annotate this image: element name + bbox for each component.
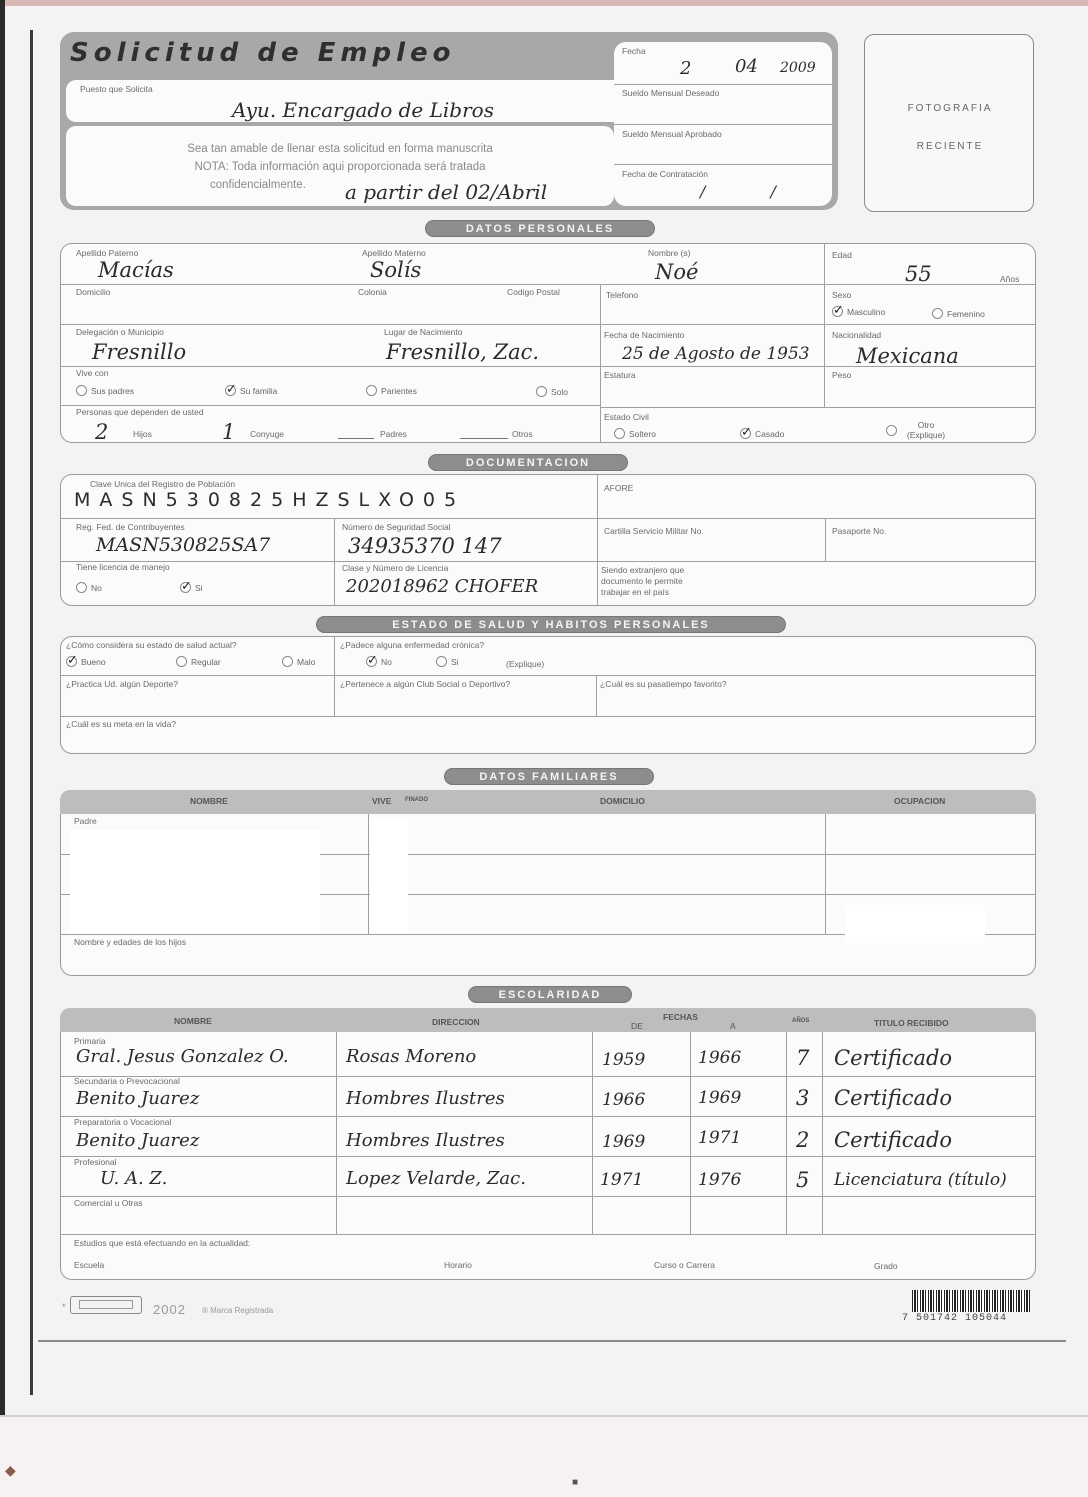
hijos-nombres-label: Nombre y edades de los hijos bbox=[74, 937, 186, 947]
section-header-escolaridad: ESCOLARIDAD bbox=[468, 986, 632, 1003]
divider bbox=[60, 324, 1036, 325]
escuela-de[interactable]: 1971 bbox=[600, 1170, 643, 1190]
peso-label: Peso bbox=[832, 370, 851, 380]
footer-marca: ® Marca Registrada bbox=[202, 1306, 273, 1315]
divider bbox=[60, 675, 1036, 676]
col-direccion: DIRECCION bbox=[432, 1017, 480, 1027]
salud-bueno-radio[interactable]: Bueno bbox=[66, 656, 106, 667]
divider bbox=[614, 84, 832, 85]
radio-label: Otro (Explique) bbox=[901, 420, 951, 440]
redacted-block bbox=[70, 830, 320, 933]
vive-con-label: Vive con bbox=[76, 368, 108, 378]
brand-logo-icon bbox=[70, 1296, 142, 1314]
extranjero-label: Siendo extranjero que documento le permi… bbox=[601, 565, 684, 598]
sueldo-deseado-label: Sueldo Mensual Deseado bbox=[622, 88, 719, 98]
fecha-nacimiento-value[interactable]: 25 de Agosto de 1953 bbox=[622, 344, 810, 364]
escuela-anos[interactable]: 2 bbox=[796, 1128, 809, 1152]
divider bbox=[60, 518, 1036, 519]
nombre-value[interactable]: Noé bbox=[655, 260, 698, 284]
escuela-nombre[interactable]: Gral. Jesus Gonzalez O. bbox=[76, 1046, 289, 1067]
puesto-label: Puesto que Solicita bbox=[80, 84, 153, 94]
nivel-label: Comercial u Otras bbox=[74, 1198, 143, 1208]
escuela-de[interactable]: 1966 bbox=[602, 1090, 645, 1110]
fecha-contratacion-value[interactable]: / / bbox=[700, 182, 806, 201]
scan-dot: ■ bbox=[572, 1477, 578, 1488]
curp-label: Clave Unica del Registro de Población bbox=[90, 479, 235, 489]
clase-licencia-label: Clase y Número de Licencia bbox=[342, 563, 448, 573]
rfc-value[interactable]: MASN530825SA7 bbox=[96, 534, 270, 556]
section-header-documentacion: DOCUMENTACION bbox=[428, 454, 628, 471]
col-anos: AÑOS bbox=[792, 1018, 809, 1024]
padres-label: Padres bbox=[380, 429, 407, 439]
escolaridad-table-header: NOMBRE DIRECCION FECHAS DE A AÑOS TITULO… bbox=[60, 1008, 1036, 1032]
salud-box bbox=[60, 636, 1036, 754]
nombre-label: Nombre (s) bbox=[648, 248, 691, 258]
escuela-titulo[interactable]: Licenciatura (título) bbox=[834, 1170, 1007, 1190]
delegacion-label: Delegación o Municipio bbox=[76, 327, 164, 337]
escuela-nombre[interactable]: U. A. Z. bbox=[100, 1168, 167, 1189]
divider bbox=[596, 675, 597, 716]
cronica-no-radio[interactable]: No bbox=[366, 656, 392, 667]
escuela-nombre[interactable]: Benito Juarez bbox=[76, 1130, 199, 1151]
radio-label: No bbox=[381, 657, 392, 667]
pasatiempo-label: ¿Cuál es su pasatiempo favorito? bbox=[600, 679, 727, 689]
divider bbox=[690, 1032, 691, 1234]
edad-label: Edad bbox=[832, 250, 852, 260]
vive-con-sus-padres-radio[interactable]: Sus padres bbox=[76, 385, 134, 396]
scan-bottom-band bbox=[0, 1415, 1088, 1497]
explique-label: (Explique) bbox=[506, 659, 544, 669]
edad-value[interactable]: 55 bbox=[905, 262, 932, 286]
nacionalidad-value[interactable]: Mexicana bbox=[856, 344, 959, 368]
radio-label: Parientes bbox=[381, 386, 417, 396]
hijos-label: Hijos bbox=[133, 429, 152, 439]
brand-logo-inner bbox=[79, 1300, 133, 1309]
puesto-value: Ayu. Encargado de Libros bbox=[232, 98, 494, 122]
radio-circle-icon bbox=[436, 656, 447, 667]
divider bbox=[822, 1032, 823, 1234]
fecha-day[interactable]: 2 bbox=[680, 58, 691, 79]
escuela-nombre[interactable]: Benito Juarez bbox=[76, 1088, 199, 1109]
asterisk-mark: * bbox=[62, 1302, 66, 1312]
check-icon bbox=[66, 656, 77, 667]
escuela-anos[interactable]: 5 bbox=[796, 1168, 809, 1192]
divider bbox=[597, 474, 598, 606]
salud-regular-radio[interactable]: Regular bbox=[176, 656, 221, 667]
extranjero-line-2: documento le permite bbox=[601, 576, 684, 587]
estado-civil-label: Estado Civil bbox=[604, 412, 649, 422]
divider bbox=[60, 1196, 1036, 1197]
hijos-count[interactable]: 2 bbox=[95, 420, 108, 444]
col-ocupacion: OCUPACION bbox=[894, 796, 945, 806]
escuela-direccion[interactable]: Rosas Moreno bbox=[346, 1046, 476, 1067]
radio-label: Si bbox=[195, 583, 203, 593]
photo-label-2: RECIENTE bbox=[865, 141, 1035, 152]
cronica-label: ¿Padece alguna enfermedad crónica? bbox=[340, 640, 484, 650]
colonia-label: Colonia bbox=[358, 287, 387, 297]
divider bbox=[825, 814, 826, 934]
section-header-salud: ESTADO DE SALUD Y HABITOS PERSONALES bbox=[316, 616, 786, 633]
redacted-block bbox=[845, 905, 985, 943]
radio-circle-icon bbox=[932, 308, 943, 319]
col-nombre: NOMBRE bbox=[174, 1016, 212, 1026]
scan-edge-top bbox=[0, 0, 1088, 6]
licencia-si-radio[interactable]: Si bbox=[180, 582, 203, 593]
padres-blank[interactable] bbox=[338, 438, 374, 439]
divider bbox=[60, 1076, 1036, 1077]
divider bbox=[60, 716, 1036, 717]
meta-label: ¿Cuál es su meta en la vida? bbox=[66, 719, 176, 729]
curso-label: Curso o Carrera bbox=[654, 1260, 715, 1270]
radio-label: Sus padres bbox=[91, 386, 134, 396]
apellido-materno-label: Apellido Materno bbox=[362, 248, 426, 258]
photo-box: FOTOGRAFIA RECIENTE bbox=[864, 34, 1034, 212]
escuela-direccion[interactable]: Lopez Velarde, Zac. bbox=[346, 1168, 526, 1189]
estado-civil-casado-radio[interactable]: Casado bbox=[740, 428, 784, 439]
escuela-direccion[interactable]: Hombres Ilustres bbox=[346, 1130, 505, 1151]
escuela-a[interactable]: 1971 bbox=[698, 1128, 741, 1148]
check-icon bbox=[225, 385, 236, 396]
check-icon bbox=[740, 428, 751, 439]
col-titulo: TITULO RECIBIDO bbox=[874, 1018, 949, 1028]
escuela-a[interactable]: 1969 bbox=[698, 1088, 741, 1108]
club-label: ¿Pertenece a algún Club Social o Deporti… bbox=[340, 679, 510, 689]
radio-circle-icon bbox=[176, 656, 187, 667]
radio-label: Regular bbox=[191, 657, 221, 667]
licencia-no-radio[interactable]: No bbox=[76, 582, 102, 593]
estudios-actuales-label: Estudios que está efectuando en la actua… bbox=[74, 1238, 250, 1248]
otros-blank[interactable] bbox=[460, 438, 508, 439]
divider bbox=[786, 1032, 787, 1234]
vive-con-solo-radio[interactable]: Solo bbox=[536, 386, 568, 397]
section-header-datos-personales: DATOS PERSONALES bbox=[425, 220, 655, 237]
cronica-si-radio[interactable]: Si bbox=[436, 656, 459, 667]
nivel-label: Primaria bbox=[74, 1036, 106, 1046]
otros-label: Otros bbox=[512, 429, 533, 439]
escuela-a[interactable]: 1966 bbox=[698, 1048, 741, 1068]
divider bbox=[824, 243, 825, 407]
clase-licencia-value[interactable]: 202018962 CHOFER bbox=[346, 576, 538, 597]
fecha-nacimiento-label: Fecha de Nacimiento bbox=[604, 330, 684, 340]
radio-label: Masculino bbox=[847, 307, 885, 317]
col-finado: FINADO bbox=[405, 797, 428, 803]
rfc-label: Reg. Fed. de Contribuyentes bbox=[76, 522, 185, 532]
sexo-masculino-radio[interactable]: Masculino bbox=[832, 306, 885, 317]
curp-value[interactable]: MASN530825HZSLXO05 bbox=[74, 489, 465, 511]
divider bbox=[368, 814, 369, 934]
divider bbox=[600, 284, 601, 443]
licencia-label: Tiene licencia de manejo bbox=[76, 562, 170, 572]
sexo-label: Sexo bbox=[832, 290, 851, 300]
domicilio-label: Domicilio bbox=[76, 287, 110, 297]
divider bbox=[614, 124, 832, 125]
divider bbox=[336, 1032, 337, 1234]
page-bottom-line bbox=[38, 1340, 1066, 1342]
divider bbox=[592, 1032, 593, 1234]
divider bbox=[60, 1234, 1036, 1235]
inicio-note: a partir del 02/Abril bbox=[345, 180, 547, 204]
escuela-titulo[interactable]: Certificado bbox=[834, 1046, 952, 1070]
check-icon bbox=[180, 582, 191, 593]
estado-civil-otro-radio[interactable]: Otro (Explique) bbox=[886, 420, 966, 440]
fecha-label: Fecha bbox=[622, 46, 646, 56]
pasaporte-label: Pasaporte No. bbox=[832, 526, 886, 536]
nss-label: Número de Seguridad Social bbox=[342, 522, 451, 532]
sueldo-aprobado-label: Sueldo Mensual Aprobado bbox=[622, 129, 722, 139]
footer-year: 2002 bbox=[153, 1302, 186, 1317]
escuela-a[interactable]: 1976 bbox=[698, 1170, 741, 1190]
divider bbox=[334, 636, 335, 716]
escuela-titulo[interactable]: Certificado bbox=[834, 1086, 952, 1110]
grado-label: Grado bbox=[874, 1261, 898, 1271]
barcode-number: 7 501742 105044 bbox=[902, 1313, 1007, 1324]
escuela-de[interactable]: 1969 bbox=[602, 1132, 645, 1152]
col-fechas: FECHAS bbox=[663, 1012, 698, 1022]
escuela-anos[interactable]: 3 bbox=[796, 1086, 809, 1110]
nivel-label: Profesional bbox=[74, 1157, 117, 1167]
col-de: DE bbox=[631, 1021, 643, 1031]
estado-civil-soltero-radio[interactable]: Soltero bbox=[614, 428, 656, 439]
scan-edge-left bbox=[0, 0, 5, 1497]
codigo-postal-label: Codigo Postal bbox=[507, 287, 560, 297]
check-icon bbox=[366, 656, 377, 667]
divider bbox=[60, 284, 1036, 285]
nivel-label: Secundaria o Prevocacional bbox=[74, 1076, 180, 1086]
nss-value[interactable]: 34935370 147 bbox=[348, 534, 502, 558]
escuela-de[interactable]: 1959 bbox=[602, 1050, 645, 1070]
divider bbox=[60, 1116, 1036, 1117]
radio-label: Solo bbox=[551, 387, 568, 397]
radio-circle-icon bbox=[366, 385, 377, 396]
nota-line-2: NOTA: Toda información aqui proporcionad… bbox=[150, 158, 530, 176]
lugar-nacimiento-label: Lugar de Nacimiento bbox=[384, 327, 462, 337]
radio-label: Casado bbox=[755, 429, 784, 439]
radio-label: Bueno bbox=[81, 657, 106, 667]
nivel-label: Preparatoria o Vocacional bbox=[74, 1117, 171, 1127]
barcode-icon bbox=[912, 1290, 1030, 1312]
fecha-year[interactable]: 2009 bbox=[780, 60, 816, 76]
vive-con-parientes-radio[interactable]: Parientes bbox=[366, 385, 417, 396]
conyuge-count[interactable]: 1 bbox=[222, 420, 235, 444]
apellido-materno-value[interactable]: Solís bbox=[370, 258, 421, 282]
fecha-month[interactable]: 04 bbox=[735, 56, 758, 77]
extranjero-line-3: trabajar en el país bbox=[601, 587, 684, 598]
scan-mark: ◆ bbox=[5, 1462, 16, 1479]
photo-label-1: FOTOGRAFIA bbox=[865, 103, 1035, 114]
radio-circle-icon bbox=[614, 428, 625, 439]
apellido-paterno-value[interactable]: Macías bbox=[98, 258, 174, 282]
divider bbox=[614, 164, 832, 165]
fecha-contratacion-label: Fecha de Contratación bbox=[622, 169, 708, 179]
radio-label: Si bbox=[451, 657, 459, 667]
section-header-familiares: DATOS FAMILIARES bbox=[444, 768, 654, 785]
apellido-paterno-label: Apellido Paterno bbox=[76, 248, 138, 258]
dependientes-label: Personas que dependen de usted bbox=[76, 407, 204, 417]
radio-circle-icon bbox=[76, 385, 87, 396]
nacionalidad-label: Nacionalidad bbox=[832, 330, 881, 340]
divider bbox=[60, 561, 1036, 562]
form-title: Solicitud de Empleo bbox=[70, 38, 456, 68]
escuela-anos[interactable]: 7 bbox=[796, 1046, 809, 1070]
divider bbox=[60, 405, 600, 406]
escuela-direccion[interactable]: Hombres Ilustres bbox=[346, 1088, 505, 1109]
escuela-titulo[interactable]: Certificado bbox=[834, 1128, 952, 1152]
horario-label: Horario bbox=[444, 1260, 472, 1270]
check-icon bbox=[832, 306, 843, 317]
anos-label: Años bbox=[1000, 274, 1019, 284]
lugar-nacimiento-value[interactable]: Fresnillo, Zac. bbox=[386, 340, 539, 364]
radio-circle-icon bbox=[886, 425, 897, 436]
col-a: A bbox=[730, 1021, 736, 1031]
salud-estado-label: ¿Cómo considera su estado de salud actua… bbox=[66, 640, 237, 650]
radio-label: Su familia bbox=[240, 386, 277, 396]
escuela-label: Escuela bbox=[74, 1260, 104, 1270]
divider bbox=[825, 518, 826, 561]
cartilla-label: Cartilla Servicio Militar No. bbox=[604, 526, 704, 536]
extranjero-line-1: Siendo extranjero que bbox=[601, 565, 684, 576]
vive-con-su-familia-radio[interactable]: Su familia bbox=[225, 385, 277, 396]
divider bbox=[60, 1156, 1036, 1157]
familiares-table-header: NOMBRE VIVE FINADO DOMICILIO OCUPACION bbox=[60, 790, 1036, 814]
afore-label: AFORE bbox=[604, 483, 633, 493]
nota-line-1: Sea tan amable de llenar esta solicitud … bbox=[150, 140, 530, 158]
datos-personales-box bbox=[60, 243, 1036, 443]
col-vive: VIVE bbox=[372, 796, 391, 806]
salud-malo-radio[interactable]: Malo bbox=[282, 656, 315, 667]
radio-circle-icon bbox=[536, 386, 547, 397]
divider bbox=[600, 407, 1036, 408]
scan-margin-line bbox=[30, 30, 33, 1395]
divider bbox=[334, 518, 335, 606]
telefono-label: Telefono bbox=[606, 290, 638, 300]
radio-label: No bbox=[91, 583, 102, 593]
sexo-femenino-radio[interactable]: Femenino bbox=[932, 308, 985, 319]
padre-label: Padre bbox=[74, 816, 97, 826]
delegacion-value[interactable]: Fresnillo bbox=[92, 340, 186, 364]
col-nombre: NOMBRE bbox=[190, 796, 228, 806]
radio-label: Malo bbox=[297, 657, 315, 667]
conyuge-label: Conyuge bbox=[250, 429, 284, 439]
redacted-block bbox=[370, 820, 408, 933]
estatura-label: Estatura bbox=[604, 370, 636, 380]
radio-circle-icon bbox=[282, 656, 293, 667]
col-domicilio: DOMICILIO bbox=[600, 796, 645, 806]
radio-label: Soltero bbox=[629, 429, 656, 439]
deporte-label: ¿Practica Ud. algún Deporte? bbox=[66, 679, 178, 689]
radio-label: Femenino bbox=[947, 309, 985, 319]
radio-circle-icon bbox=[76, 582, 87, 593]
